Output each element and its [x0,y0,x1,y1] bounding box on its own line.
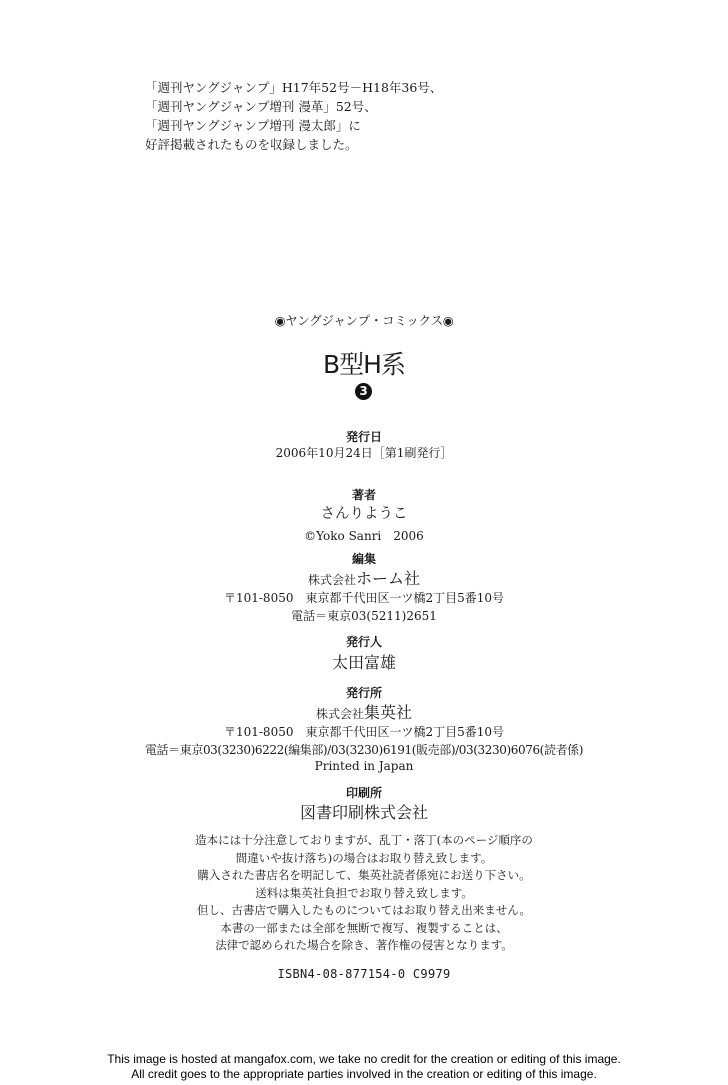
editor-phone: 電話＝東京03(5211)2651 [0,607,728,624]
notice-line: 造本には十分注意しておりますが、乱丁・落丁(本のページ順序の [0,832,728,850]
author-label: 著者 [0,486,728,503]
hosting-footer: This image is hosted at mangafox.com, we… [0,1052,728,1082]
footer-line: All credit goes to the appropriate parti… [0,1067,728,1082]
credits-line: 好評掲載されたものを収録しました。 [145,135,442,154]
serialization-credits: 「週刊ヤングジャンプ」H17年52号－H18年36号、 「週刊ヤングジャンプ増刊… [145,78,442,154]
author-name: さんりようこ [0,502,728,523]
publisher-phone: 電話＝東京03(3230)6222(編集部)/03(3230)6191(販売部)… [0,741,728,758]
credits-line: 「週刊ヤングジャンプ増刊 漫革」52号、 [145,97,442,116]
publisher-company-prefix: 株式会社 [316,707,364,721]
publisher-person-name: 太田富雄 [0,650,728,673]
credits-line: 「週刊ヤングジャンプ」H17年52号－H18年36号、 [145,78,442,97]
publisher-person-label: 発行人 [0,633,728,650]
printer-name: 図書印刷株式会社 [0,800,728,823]
notice-line: 法律で認められた場合を除き、著作権の侵害となります。 [0,937,728,955]
printer-label: 印刷所 [0,784,728,801]
legal-notice: 造本には十分注意しておりますが、乱丁・落丁(本のページ順序の 間違いや抜け落ち)… [0,832,728,955]
editor-address: 〒101-8050 東京都千代田区一ツ橋2丁目5番10号 [0,589,728,606]
notice-line: 間違いや抜け落ち)の場合はお取り替え致します。 [0,850,728,868]
publisher-address: 〒101-8050 東京都千代田区一ツ橋2丁目5番10号 [0,723,728,740]
printed-in: Printed in Japan [0,759,728,773]
series-name: ◉ヤングジャンプ・コミックス◉ [0,311,728,329]
publisher-company: 株式会社集英社 [0,700,728,723]
editor-company-name: ホーム社 [356,569,420,588]
publisher-label: 発行所 [0,684,728,701]
publication-date-label: 発行日 [0,428,728,445]
isbn: ISBN4-08-877154-0 C9979 [0,967,728,981]
editor-company: 株式会社ホーム社 [0,566,728,589]
notice-line: 送料は集英社負担でお取り替え致します。 [0,885,728,903]
book-title: B型H系 [0,345,728,381]
credits-line: 「週刊ヤングジャンプ増刊 漫太郎」に [145,116,442,135]
publication-date-value: 2006年10月24日［第1刷発行］ [0,444,728,461]
editor-company-prefix: 株式会社 [308,573,356,587]
editor-label: 編集 [0,550,728,567]
notice-line: 但し、古書店で購入したものについてはお取り替え出来ません。 [0,902,728,920]
notice-line: 本書の一部または全部を無断で複写、複製することは、 [0,920,728,938]
volume-badge: 3 [355,383,372,400]
footer-line: This image is hosted at mangafox.com, we… [0,1052,728,1067]
publisher-company-name: 集英社 [364,703,412,722]
author-copyright: ©Yoko Sanri 2006 [0,527,728,544]
notice-line: 購入された書店名を明記して、集英社読者係宛にお送り下さい。 [0,867,728,885]
